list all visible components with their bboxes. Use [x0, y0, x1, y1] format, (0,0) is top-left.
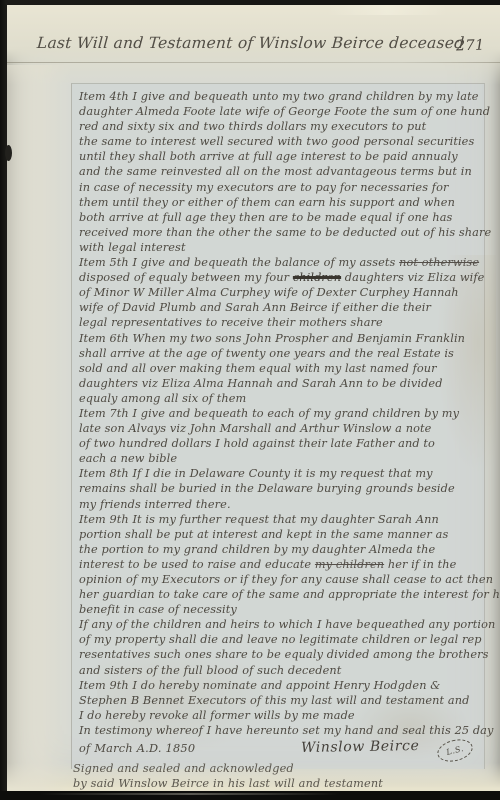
text-segment: opinion of my Executors or if they for a… [79, 573, 493, 586]
paper-edge-tear [5, 145, 12, 161]
will-line: both arrive at full age they then are to… [79, 210, 493, 225]
testimony-row: of March A.D. 1850 Winslow Beirce L.S. [79, 739, 493, 761]
attestation-block: Signed and sealed and acknowledged by sa… [73, 761, 493, 791]
will-line: portion shall be put at interest and kep… [79, 527, 493, 542]
will-line: of my property shall die and leave no le… [79, 632, 493, 647]
text-segment: sold and all over making them equal with… [79, 362, 437, 375]
will-line: Item 7th I give and bequeath to each of … [79, 406, 493, 421]
will-line: my friends interred there. [79, 497, 493, 512]
will-line: her guardian to take care of the same an… [79, 587, 493, 602]
will-line: equaly among all six of them [79, 391, 493, 406]
text-segment: benefit in case of necessity [79, 603, 237, 616]
attestation-line: Signed and sealed and acknowledged [73, 761, 493, 776]
text-segment: the same to interest well secured with t… [79, 135, 474, 148]
text-segment: the portion to my grand children by my d… [79, 543, 435, 556]
text-segment: daughter Almeda Foote late wife of Georg… [79, 105, 490, 118]
text-segment: of Minor W Miller Alma Curphey wife of D… [79, 286, 459, 299]
will-line: sold and all over making them equal with… [79, 361, 493, 376]
text-segment: Item 7th I give and bequeath to each of … [79, 407, 459, 420]
text-segment: disposed of equaly between my four [79, 271, 293, 284]
text-segment: with legal interest [79, 241, 186, 254]
will-line: wife of David Plumb and Sarah Ann Beirce… [79, 300, 493, 315]
text-segment: received more than the other the same to… [79, 226, 491, 239]
text-segment: my friends interred there. [79, 498, 231, 511]
will-line: of two hundred dollars I hold against th… [79, 436, 493, 451]
attestation-line: by said Winslow Beirce in his last will … [73, 776, 493, 791]
will-line: remains shall be buried in the Delaware … [79, 481, 493, 496]
will-line: Item 4th I give and bequeath unto my two… [79, 89, 493, 104]
text-segment: In testimony whereof I have hereunto set… [79, 724, 494, 737]
will-line: opinion of my Executors or if they for a… [79, 572, 493, 587]
text-segment: Stephen B Bennet Executors of this my la… [79, 694, 469, 707]
will-line: In testimony whereof I have hereunto set… [79, 723, 493, 738]
date-text: of March A.D. 1850 [79, 742, 195, 755]
text-segment: of my property shall die and leave no le… [79, 633, 482, 646]
will-line: the same to interest well secured with t… [79, 134, 493, 149]
will-line: disposed of equaly between my four child… [79, 270, 493, 285]
will-body-text: Item 4th I give and bequeath unto my two… [79, 89, 493, 738]
will-line: the portion to my grand children by my d… [79, 542, 493, 557]
text-segment: If any of the children and heirs to whic… [79, 618, 495, 631]
will-line: Item 6th When my two sons John Prospher … [79, 331, 493, 346]
text-segment: and the same reinvested all on the most … [79, 165, 472, 178]
text-segment: remains shall be buried in the Delaware … [79, 482, 455, 495]
will-line: Item 9th I do hereby nominate and appoin… [79, 678, 493, 693]
will-header-title: Last Will and Testament of Winslow Beirc… [36, 34, 465, 52]
text-segment: wife of David Plumb and Sarah Ann Beirce… [79, 301, 431, 314]
will-line: legal representatives to receive their m… [79, 315, 493, 330]
text-segment: legal representatives to receive their m… [79, 316, 383, 329]
text-segment: of two hundred dollars I hold against th… [79, 437, 435, 450]
text-segment: equaly among all six of them [79, 392, 246, 405]
will-line: Stephen B Bennet Executors of this my la… [79, 693, 493, 708]
will-line: shall arrive at the age of twenty one ye… [79, 346, 493, 361]
will-line: resentatives such ones share to be equal… [79, 647, 493, 662]
will-line: benefit in case of necessity [79, 602, 493, 617]
text-segment: both arrive at full age they then are to… [79, 211, 452, 224]
will-line: received more than the other the same to… [79, 225, 493, 240]
text-segment: resentatives such ones share to be equal… [79, 648, 489, 661]
will-line: Item 8th If I die in Delaware County it … [79, 466, 493, 481]
will-line: until they shall both arrive at full age… [79, 149, 493, 164]
testator-signature: Winslow Beirce [301, 738, 420, 756]
text-segment: Item 9th It is my further request that m… [79, 513, 439, 526]
text-segment: Item 8th If I die in Delaware County it … [79, 467, 433, 480]
text-segment: until they shall both arrive at full age… [79, 150, 458, 163]
will-line: of Minor W Miller Alma Curphey wife of D… [79, 285, 493, 300]
text-segment: portion shall be put at interest and kep… [79, 528, 448, 541]
will-line: I do hereby revoke all former wills by m… [79, 708, 493, 723]
struck-text: children [293, 271, 341, 284]
text-segment: each a new bible [79, 452, 177, 465]
text-segment: Item 5th I give and bequeath the balance… [79, 256, 399, 269]
text-segment: in case of necessity my executors are to… [79, 181, 448, 194]
text-segment: her if in the [384, 558, 456, 571]
text-segment: her guardian to take care of the same an… [79, 588, 500, 601]
will-line: daughters viz Eliza Alma Hannah and Sara… [79, 376, 493, 391]
text-segment: Item 9th I do hereby nominate and appoin… [79, 679, 440, 692]
text-segment: and sisters of the full blood of such de… [79, 664, 341, 677]
text-segment: late son Alvays viz John Marshall and Ar… [79, 422, 431, 435]
text-segment: Item 4th I give and bequeath unto my two… [79, 90, 479, 103]
will-line: each a new bible [79, 451, 493, 466]
text-segment: shall arrive at the age of twenty one ye… [79, 347, 454, 360]
will-line: Item 9th It is my further request that m… [79, 512, 493, 527]
struck-text: my children [315, 558, 384, 571]
will-page: Last Will and Testament of Winslow Beirc… [7, 5, 500, 791]
will-line: late son Alvays viz John Marshall and Ar… [79, 421, 493, 436]
scan-background: Last Will and Testament of Winslow Beirc… [0, 0, 500, 800]
struck-text: not otherwise [399, 256, 479, 269]
seal-text: L.S. [445, 744, 464, 757]
photo-glare [327, 5, 447, 15]
paper-left-margin [7, 65, 71, 791]
will-line: in case of necessity my executors are to… [79, 180, 493, 195]
text-segment: them until they or either of them can ea… [79, 196, 455, 209]
will-line: and the same reinvested all on the most … [79, 164, 493, 179]
text-segment: interest to be used to raise and educate [79, 558, 315, 571]
will-line: If any of the children and heirs to whic… [79, 617, 493, 632]
will-line: them until they or either of them can ea… [79, 195, 493, 210]
will-line: with legal interest [79, 240, 493, 255]
text-segment: daughters viz Eliza wife [341, 271, 484, 284]
will-line: and sisters of the full blood of such de… [79, 663, 493, 678]
will-line: daughter Almeda Foote late wife of Georg… [79, 104, 493, 119]
page-number: 271 [456, 38, 485, 55]
text-segment: I do hereby revoke all former wills by m… [79, 709, 355, 722]
header-crease-line [7, 62, 500, 63]
will-line: Item 5th I give and bequeath the balance… [79, 255, 493, 270]
will-line: interest to be used to raise and educate… [79, 557, 493, 572]
text-segment: daughters viz Eliza Alma Hannah and Sara… [79, 377, 443, 390]
book-edge-shadow [0, 791, 500, 800]
will-line: red and sixty six and two thirds dollars… [79, 119, 493, 134]
text-segment: Item 6th When my two sons John Prospher … [79, 332, 465, 345]
text-segment: red and sixty six and two thirds dollars… [79, 120, 426, 133]
